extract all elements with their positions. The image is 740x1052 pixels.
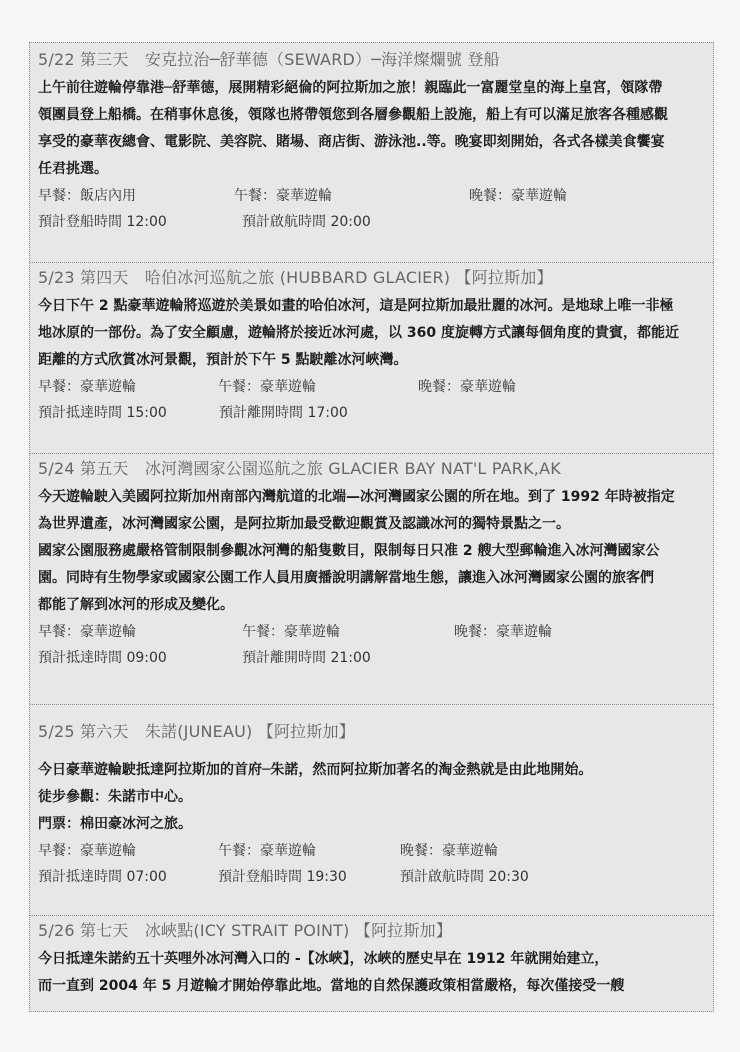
- paragraph: 距離的方式欣賞冰河景觀，預計於下午 5 點駛離冰河峽灣。: [38, 347, 705, 374]
- day-title: 5/23 第四天 哈伯冰河巡航之旅 (HUBBARD GLACIER) 【阿拉斯…: [38, 263, 705, 293]
- day-section-5-26: 5/26 第七天 冰峽點(ICY STRAIT POINT) 【阿拉斯加】 今日…: [30, 916, 713, 1011]
- departure-time: 預計啟航時間 20:00: [242, 209, 371, 235]
- paragraph: 都能了解到冰河的形成及變化。: [38, 592, 705, 619]
- paragraph: 地冰原的一部份。為了安全顧慮，遊輪將於接近冰河處，以 360 度旋轉方式讓每個角…: [38, 320, 705, 347]
- breakfast: 早餐：豪華遊輪: [38, 619, 242, 645]
- paragraph: 領團員登上船橋。在稍事休息後，領隊也將帶領您到各層參觀船上設施，船上有可以滿足旅…: [38, 102, 705, 129]
- paragraph: 而一直到 2004 年 5 月遊輪才開始停靠此地。當地的自然保護政策相當嚴格，每…: [38, 973, 705, 1000]
- breakfast: 早餐：飯店內用: [38, 183, 234, 209]
- paragraph: 今日下午 2 點豪華遊輪將巡遊於美景如畫的哈伯冰河，這是阿拉斯加最壯麗的冰河。是…: [38, 293, 705, 320]
- paragraph: 今天遊輪駛入美國阿拉斯加州南部內灣航道的北端—冰河灣國家公園的所在地。到了 19…: [38, 484, 705, 511]
- day-section-5-23: 5/23 第四天 哈伯冰河巡航之旅 (HUBBARD GLACIER) 【阿拉斯…: [30, 263, 713, 454]
- arrival-time: 預計抵達時間 07:00: [38, 864, 218, 890]
- paragraph: 國家公園服務處嚴格管制限制參觀冰河灣的船隻數目，限制每日只准 2 艘大型郵輪進入…: [38, 538, 705, 565]
- paragraph: 為世界遺產，冰河灣國家公園，是阿拉斯加最受歡迎觀賞及認識冰河的獨特景點之一。: [38, 511, 705, 538]
- dinner: 晚餐：豪華遊輪: [454, 619, 552, 645]
- meals-row: 早餐：豪華遊輪 午餐：豪華遊輪 晚餐：豪華遊輪: [38, 619, 705, 645]
- breakfast: 早餐：豪華遊輪: [38, 374, 218, 400]
- day-section-5-22: 5/22 第三天 安克拉治─舒華德（SEWARD）─海洋燦爛號 登船 上午前往遊…: [30, 43, 713, 263]
- meals-row: 早餐：豪華遊輪 午餐：豪華遊輪 晚餐：豪華遊輪: [38, 838, 705, 864]
- boarding-time: 預計登船時間 19:30: [218, 864, 400, 890]
- lunch: 午餐：豪華遊輪: [218, 374, 418, 400]
- departure-time: 預計啟航時間 20:30: [400, 864, 529, 890]
- paragraph: 享受的豪華夜總會、電影院、美容院、賭場、商店街、游泳池..等。晚宴即刻開始，各式…: [38, 129, 705, 156]
- leave-time: 預計離開時間 21:00: [242, 645, 371, 671]
- day-title: 5/22 第三天 安克拉治─舒華德（SEWARD）─海洋燦爛號 登船: [38, 43, 705, 75]
- boarding-time: 預計登船時間 12:00: [38, 209, 242, 235]
- paragraph: 上午前往遊輪停靠港─舒華德，展開精彩絕倫的阿拉斯加之旅！親臨此一富麗堂皇的海上皇…: [38, 75, 705, 102]
- times-row: 預計抵達時間 15:00 預計離開時間 17:00: [38, 400, 705, 426]
- day-title: 5/25 第六天 朱諾(JUNEAU) 【阿拉斯加】: [38, 705, 705, 757]
- day-section-5-24: 5/24 第五天 冰河灣國家公園巡航之旅 GLACIER BAY NAT'L P…: [30, 454, 713, 705]
- arrival-time: 預計抵達時間 09:00: [38, 645, 242, 671]
- day-title: 5/24 第五天 冰河灣國家公園巡航之旅 GLACIER BAY NAT'L P…: [38, 454, 705, 484]
- meals-row: 早餐：飯店內用 午餐：豪華遊輪 晚餐：豪華遊輪: [38, 183, 705, 209]
- meals-row: 早餐：豪華遊輪 午餐：豪華遊輪 晚餐：豪華遊輪: [38, 374, 705, 400]
- paragraph: 園。同時有生物學家或國家公園工作人員用廣播說明講解當地生態，讓進入冰河灣國家公園…: [38, 565, 705, 592]
- dinner: 晚餐：豪華遊輪: [469, 183, 567, 209]
- paragraph: 今日豪華遊輪駛抵達阿拉斯加的首府─朱諾，然而阿拉斯加著名的淘金熱就是由此地開始。: [38, 757, 705, 784]
- day-title: 5/26 第七天 冰峽點(ICY STRAIT POINT) 【阿拉斯加】: [38, 916, 705, 946]
- paragraph: 任君挑選。: [38, 156, 705, 183]
- arrival-time: 預計抵達時間 15:00: [38, 400, 219, 426]
- day-section-5-25: 5/25 第六天 朱諾(JUNEAU) 【阿拉斯加】 今日豪華遊輪駛抵達阿拉斯加…: [30, 705, 713, 916]
- lunch: 午餐：豪華遊輪: [242, 619, 454, 645]
- times-row: 預計抵達時間 09:00 預計離開時間 21:00: [38, 645, 705, 671]
- times-row: 預計抵達時間 07:00 預計登船時間 19:30 預計啟航時間 20:30: [38, 864, 705, 890]
- paragraph: 今日抵達朱諾約五十英哩外冰河灣入口的 -【冰峽】，冰峽的歷史早在 1912 年就…: [38, 946, 705, 973]
- dinner: 晚餐：豪華遊輪: [400, 838, 498, 864]
- lunch: 午餐：豪華遊輪: [234, 183, 469, 209]
- dinner: 晚餐：豪華遊輪: [418, 374, 516, 400]
- lunch: 午餐：豪華遊輪: [218, 838, 400, 864]
- times-row: 預計登船時間 12:00 預計啟航時間 20:00: [38, 209, 705, 235]
- leave-time: 預計離開時間 17:00: [219, 400, 348, 426]
- paragraph: 徒步參觀：朱諾市中心。: [38, 784, 705, 811]
- paragraph: 門票：棉田豪冰河之旅。: [38, 811, 705, 838]
- breakfast: 早餐：豪華遊輪: [38, 838, 218, 864]
- itinerary-box: 5/22 第三天 安克拉治─舒華德（SEWARD）─海洋燦爛號 登船 上午前往遊…: [29, 42, 714, 1012]
